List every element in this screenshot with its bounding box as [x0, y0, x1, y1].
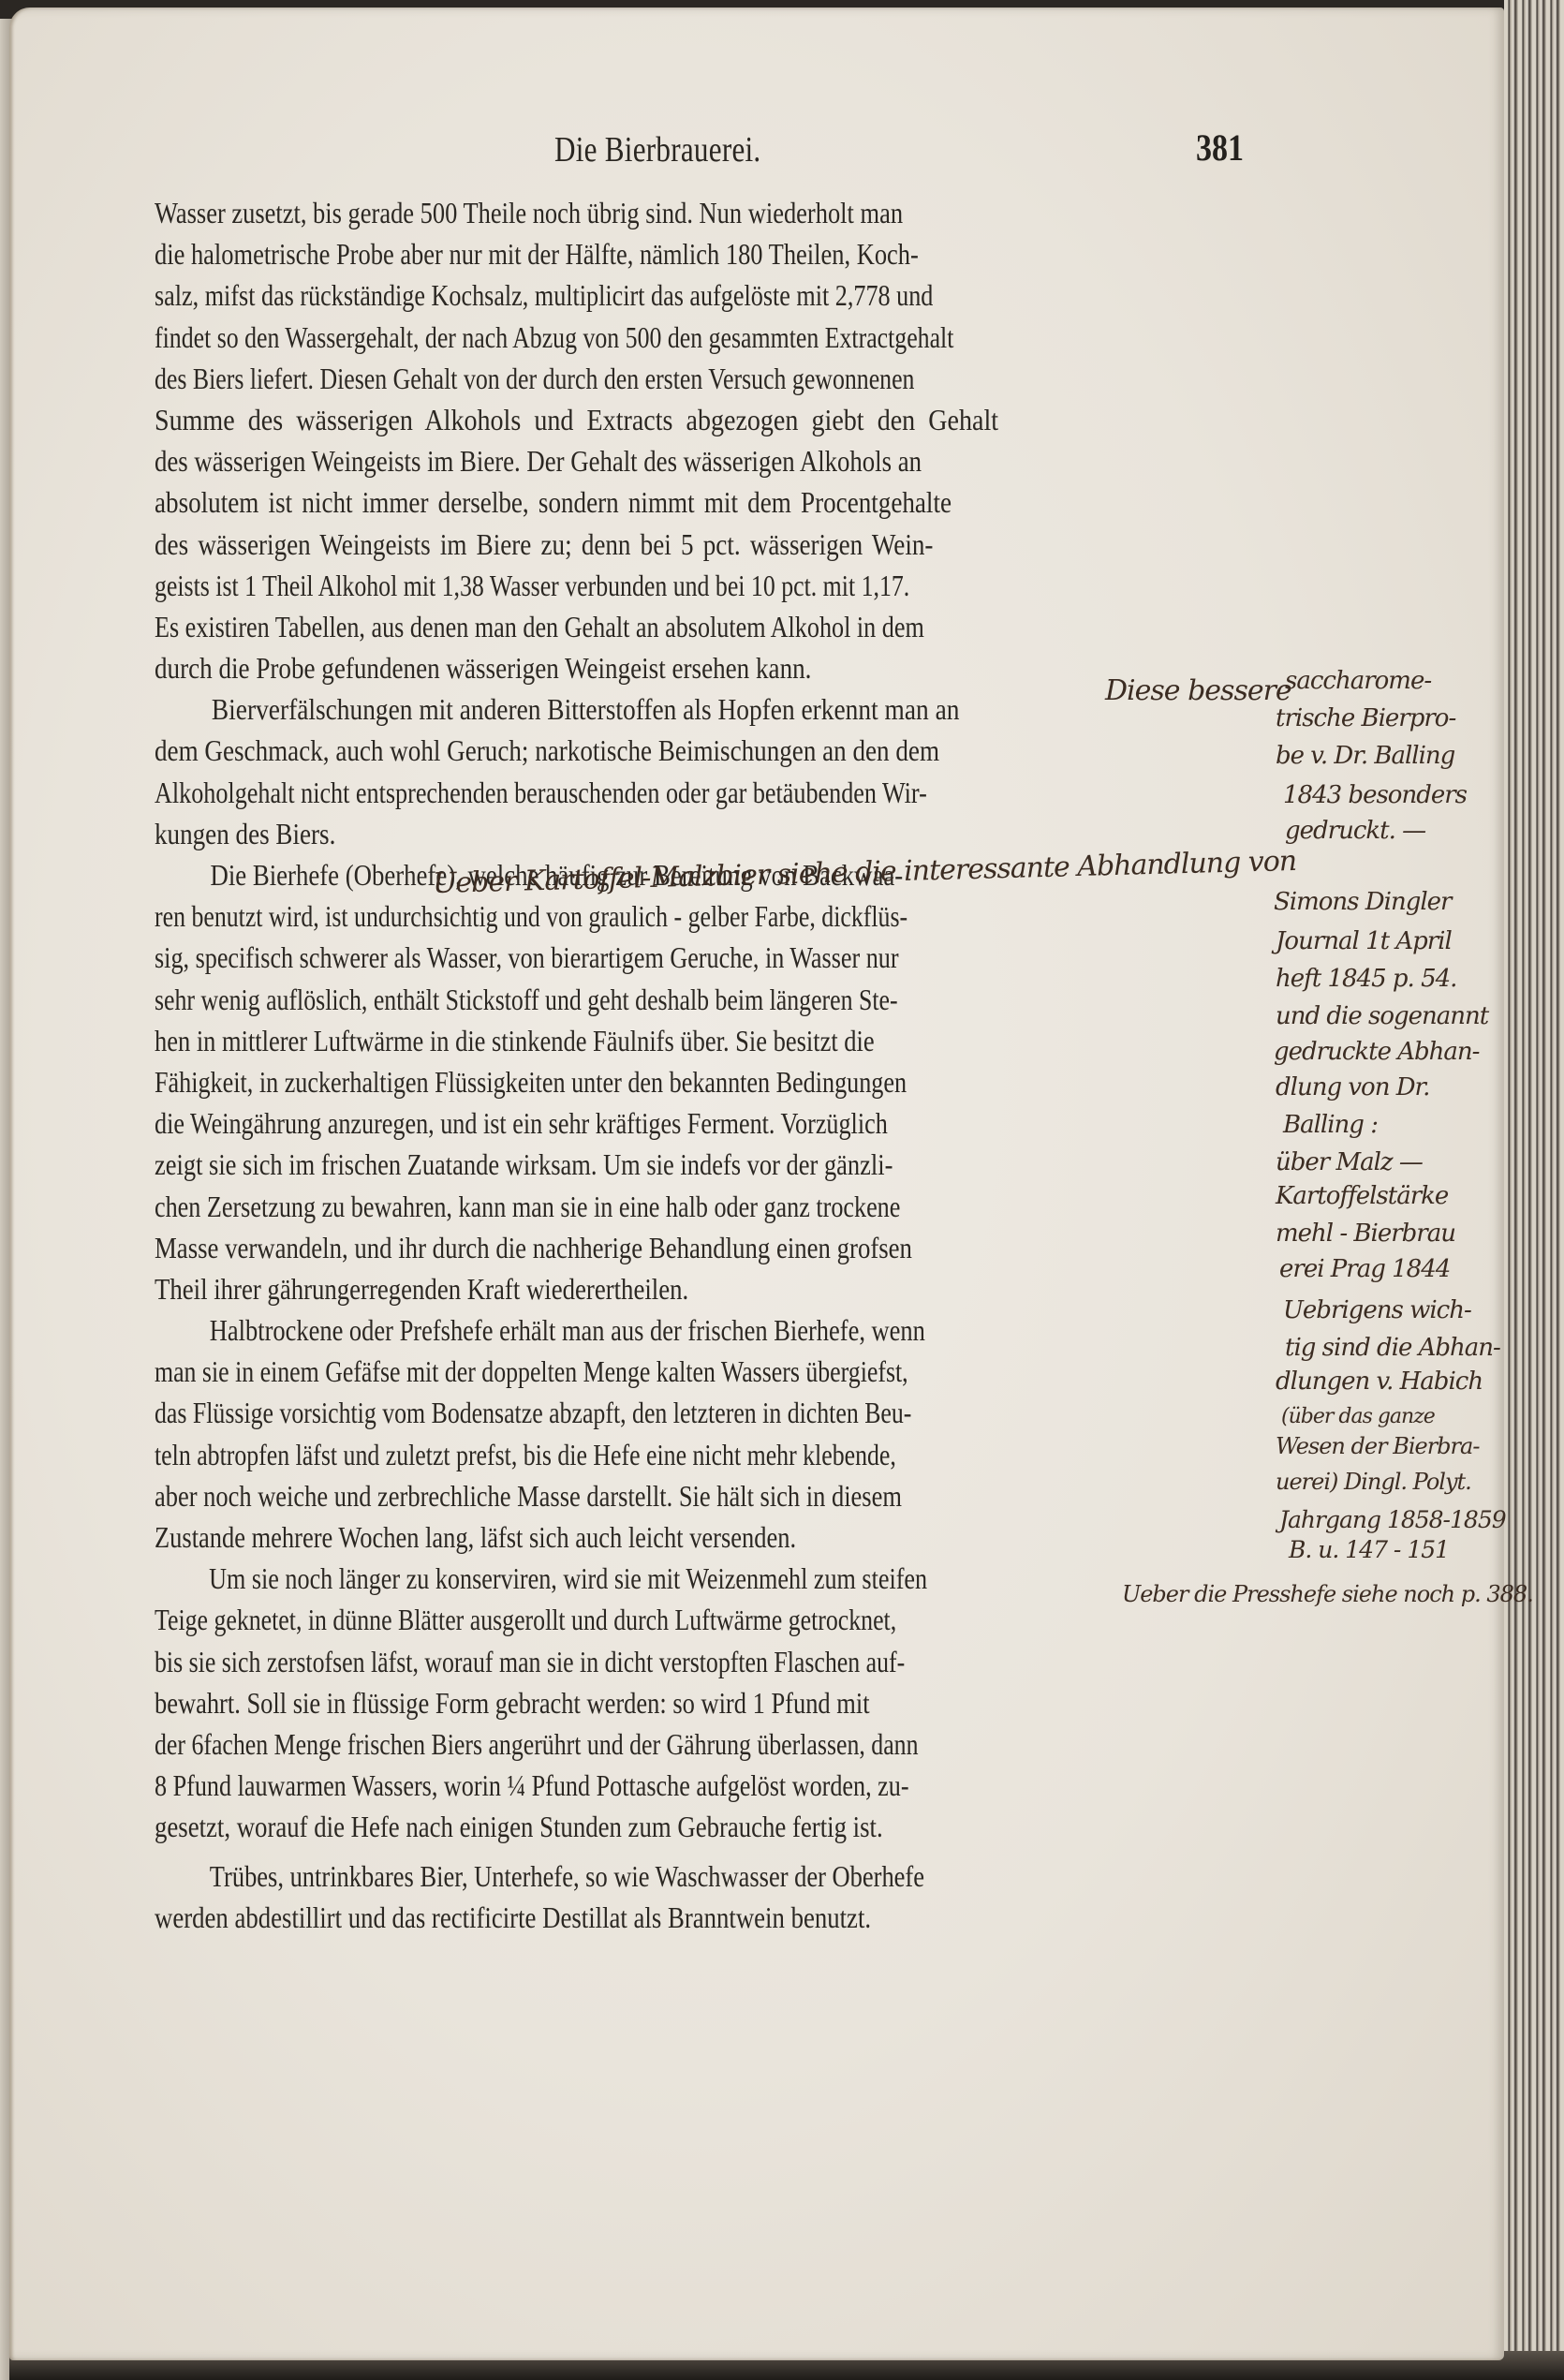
margin-note-line: gedruckt. —: [1285, 817, 1425, 845]
text-line: der 6fachen Menge frischen Biers angerüh…: [155, 1724, 1061, 1766]
margin-note-line: be v. Dr. Balling: [1276, 742, 1454, 770]
margin-note-line: B. u. 147 - 151: [1289, 1536, 1449, 1563]
running-title: Die Bierbrauerei.: [554, 129, 760, 170]
text-line: Es existiren Tabellen, aus denen man den…: [155, 607, 1071, 648]
text-line: Um sie noch länger zu konserviren, wird …: [155, 1559, 1071, 1600]
text-line: kungen des Biers.: [155, 814, 1105, 855]
text-line: Zustande mehrere Wochen lang, läfst sich…: [155, 1517, 1083, 1559]
text-line: Bierverfälschungen mit anderen Bittersto…: [155, 689, 1116, 731]
text-line: hen in mittlerer Luftwärme in die stinke…: [155, 1021, 1083, 1062]
margin-note-line: trische Bierpro-: [1276, 704, 1455, 732]
text-line: Summe des wässerigen Alkohols und Extrac…: [155, 400, 1138, 441]
margin-note-line: Uebrigens wich-: [1283, 1296, 1471, 1324]
handwritten-note-inline-1: Diese bessere: [1105, 674, 1291, 707]
margin-note-line: Simons Dingler: [1274, 888, 1451, 916]
margin-note-line: saccharome-: [1285, 667, 1431, 695]
text-line: Wasser zusetzt, bis gerade 500 Theile no…: [155, 193, 1083, 234]
text-line: ren benutzt wird, ist undurchsichtig und…: [155, 896, 1061, 938]
text-line: bis sie sich zerstofsen läfst, worauf ma…: [155, 1642, 1061, 1683]
margin-note-line: und die sogenannt: [1276, 1002, 1488, 1030]
text-line: die halometrische Probe aber nur mit der…: [155, 234, 1083, 275]
text-line: zeigt sie sich im frischen Zuatande wirk…: [155, 1145, 1083, 1186]
text-line: findet so den Wassergehalt, der nach Abz…: [155, 318, 1061, 359]
text-line: bewahrt. Soll sie in flüssige Form gebra…: [155, 1683, 1083, 1724]
margin-note-line: 1843 besonders: [1283, 781, 1467, 809]
margin-note-line: Wesen der Bierbra-: [1276, 1433, 1479, 1459]
margin-note-line: Jahrgang 1858-1859: [1279, 1506, 1506, 1533]
text-line: Theil ihrer gährungerregenden Kraft wied…: [155, 1269, 1094, 1310]
text-line: absolutem ist nicht immer derselbe, sond…: [155, 482, 1105, 524]
text-line: des wässerigen Weingeists im Biere zu; d…: [155, 525, 1105, 566]
margin-note-line: tig sind die Abhan-: [1285, 1334, 1500, 1362]
text-line: Alkoholgehalt nicht entsprechenden berau…: [155, 773, 1071, 814]
margin-note-line: Balling :: [1283, 1111, 1378, 1139]
margin-note-line: Journal 1t April: [1276, 927, 1452, 955]
text-line: aber noch weiche und zerbrechliche Masse…: [155, 1476, 1083, 1517]
page-header: Die Bierbrauerei. 381: [150, 120, 1255, 176]
page-number: 381: [1196, 126, 1244, 170]
text-line: Fähigkeit, in zuckerhaltigen Flüssigkeit…: [155, 1062, 1071, 1103]
text-line: chen Zersetzung zu bewahren, kann man si…: [155, 1187, 1071, 1228]
text-line: des wässerigen Weingeists im Biere. Der …: [155, 441, 1094, 482]
margin-note-line: heft 1845 p. 54.: [1276, 965, 1456, 993]
body-text: Wasser zusetzt, bis gerade 500 Theile no…: [155, 193, 1260, 1939]
margin-note-line: (über das ganze: [1281, 1405, 1435, 1428]
text-line: Teige geknetet, in dünne Blätter ausgero…: [155, 1600, 1061, 1641]
text-line: des Biers liefert. Diesen Gehalt von der…: [155, 359, 1061, 400]
text-line: 8 Pfund lauwarmen Wassers, worin ¼ Pfund…: [155, 1766, 1071, 1807]
margin-note-line: uerei) Dingl. Polyt.: [1276, 1469, 1471, 1495]
text-line: die Weingährung anzuregen, und ist ein s…: [155, 1103, 1071, 1145]
margin-note-line: über Malz —: [1276, 1148, 1423, 1176]
book-fore-edge: [1504, 0, 1564, 2380]
handwritten-note-inline-3: Ueber die Presshefe siehe noch p. 388.: [1122, 1581, 1533, 1607]
margin-note-line: erei Prag 1844: [1279, 1255, 1450, 1283]
margin-note-line: gedruckte Abhan-: [1274, 1038, 1479, 1066]
text-line: das Flüssige vorsichtig vom Bodensatze a…: [155, 1393, 1061, 1434]
text-line: dem Geschmack, auch wohl Geruch; narkoti…: [155, 731, 1105, 772]
text-line: geists ist 1 Theil Alkohol mit 1,38 Wass…: [155, 566, 1061, 607]
text-line: sehr wenig auflöslich, enthält Stickstof…: [155, 980, 1061, 1021]
text-line: gesetzt, worauf die Hefe nach einigen St…: [155, 1807, 1094, 1848]
text-line: durch die Probe gefundenen wässerigen We…: [155, 648, 1105, 689]
text-line: Trübes, untrinkbares Bier, Unterhefe, so…: [155, 1856, 1083, 1898]
margin-note-line: dlung von Dr.: [1276, 1073, 1429, 1101]
text-line: Masse verwandeln, und ihr durch die nach…: [155, 1228, 1094, 1269]
show-through-text: [187, 2075, 1292, 2112]
text-line: man sie in einem Gefäfse mit der doppelt…: [155, 1352, 1061, 1393]
text-line: teln abtropfen läfst und zuletzt prefst,…: [155, 1435, 1061, 1476]
margin-note-line: Kartoffelstärke: [1276, 1182, 1448, 1210]
text-line: Halbtrockene oder Prefshefe erhält man a…: [155, 1310, 1083, 1352]
text-line: salz, mifst das rückständige Kochsalz, m…: [155, 275, 1071, 317]
text-line: werden abdestillirt und das rectificirte…: [155, 1898, 1094, 1939]
margin-note-line: dlungen v. Habich: [1276, 1367, 1483, 1396]
margin-note-line: mehl - Bierbrau: [1276, 1220, 1455, 1248]
text-line: sig, specifisch schwerer als Wasser, von…: [155, 938, 1071, 979]
